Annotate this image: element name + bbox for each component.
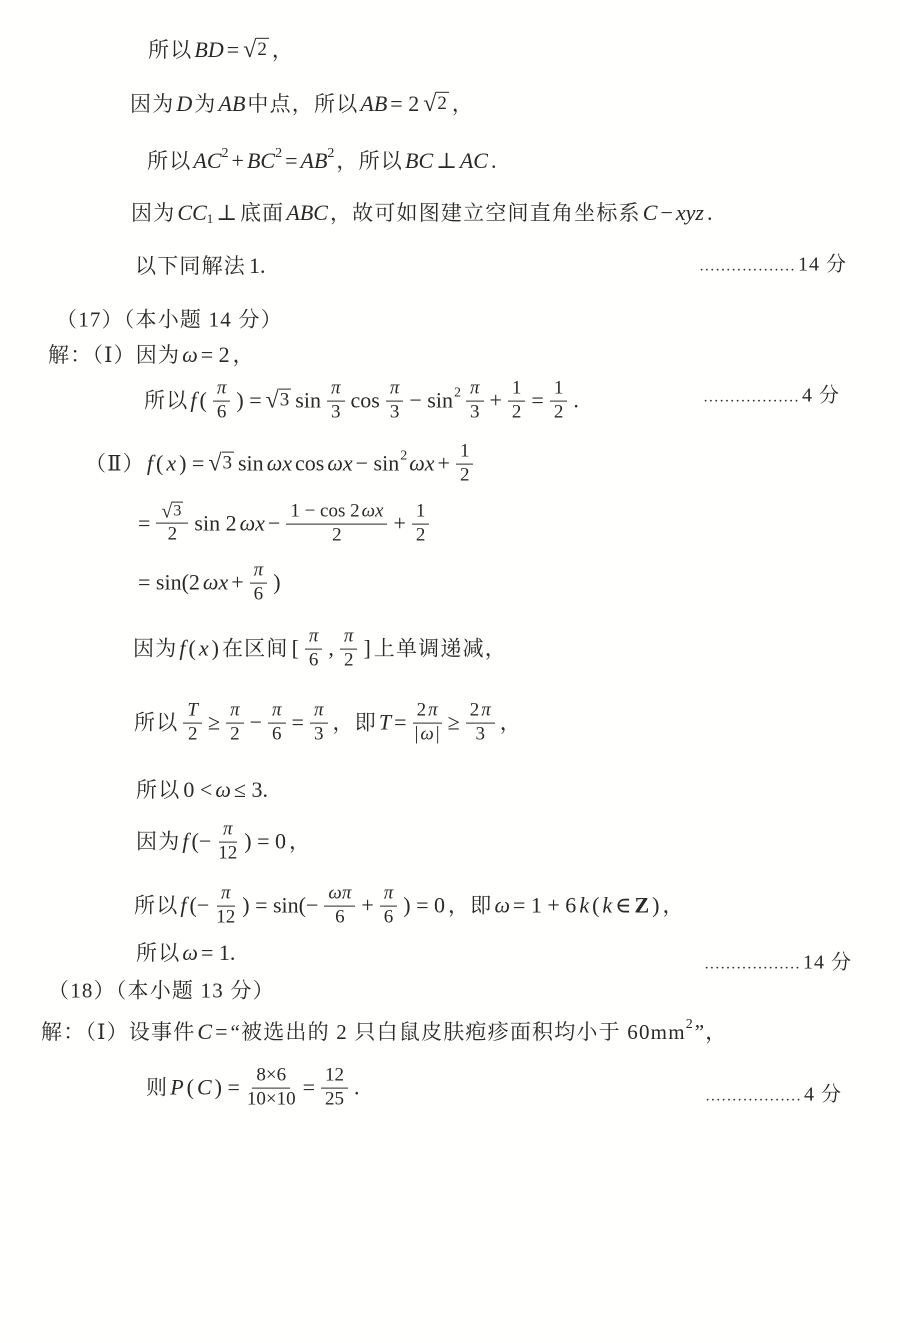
math-variable: x — [166, 451, 176, 477]
math-roman: | — [436, 725, 440, 746]
math-variable: ωπ — [328, 884, 351, 905]
fraction: 12 — [456, 442, 474, 487]
cjk-text: 中点，所以 — [247, 91, 358, 116]
math-roman: 2 — [332, 526, 342, 547]
math-variable: π — [331, 379, 341, 400]
cjk-text: （17）（本小题 14 分） — [56, 307, 283, 332]
fraction-denominator: 2 — [167, 524, 179, 546]
math-roman: 1 — [512, 379, 522, 400]
score-14-geometry: ..................14 分 — [700, 248, 847, 277]
cjk-text: 上单调递减， — [374, 636, 507, 661]
math-roman: ] — [363, 636, 370, 662]
math-variable: ωx — [240, 511, 265, 537]
math-variable: f — [147, 451, 153, 477]
radicand: 3 — [279, 389, 292, 412]
math-variable: π — [221, 884, 231, 905]
math-variable: AB — [301, 148, 328, 174]
line-17-part1-f-pi6: 所以f(π6) =√3sinπ3cosπ3− sin2π3+12=12. — [143, 379, 581, 424]
math-roman: 3 — [470, 403, 480, 424]
dotted-leader: .................. — [704, 390, 800, 407]
math-roman: = — [303, 1075, 315, 1101]
math-roman: . — [707, 200, 713, 226]
fraction-numerator: π — [219, 820, 237, 843]
math-roman: 6 — [384, 908, 394, 929]
math-roman: ) = — [215, 1075, 240, 1101]
math-roman: 2 — [460, 466, 470, 487]
fraction: π3 — [310, 701, 328, 746]
score-label: 14 分 — [798, 248, 847, 277]
math-roman: = — [292, 710, 304, 736]
math-roman: 12 — [216, 908, 235, 929]
cjk-text: ， — [662, 893, 684, 918]
math-roman: 2 — [470, 701, 480, 722]
fraction: π2 — [340, 627, 358, 672]
cjk-text: 为 — [194, 91, 216, 116]
math-variable: C — [197, 1075, 212, 1101]
cjk-text: ，故可如图建立空间直角坐标系 — [330, 200, 641, 225]
math-variable: BD — [194, 37, 223, 63]
fraction-denominator: |ω| — [414, 724, 441, 746]
cjk-text: 解：（Ⅰ）设事件 — [41, 1019, 195, 1044]
fraction-numerator: ωπ — [324, 884, 355, 907]
math-roman: − — [268, 511, 280, 537]
math-roman: 2 — [344, 651, 354, 672]
line-ab-midpoint: 因为D为AB中点，所以AB= 2√2， — [129, 91, 475, 117]
line-pythagoras: 所以AC2+BC2=AB2，所以BC⊥AC. — [146, 148, 498, 174]
math-variable: D — [176, 91, 192, 117]
fraction-numerator: 12 — [321, 1066, 348, 1089]
cjk-text: 在区间 — [222, 636, 289, 661]
sqrt-radical: √2 — [423, 92, 449, 116]
math-roman: = sin(2 — [138, 570, 200, 596]
math-roman: ( — [156, 451, 163, 477]
cjk-text: ， — [233, 342, 255, 367]
sqrt-radical: √3 — [161, 502, 183, 522]
math-roman: ) — [652, 893, 659, 919]
math-variable: f — [179, 636, 185, 662]
score-label: 4 分 — [804, 1078, 842, 1107]
math-bold-z: Z — [634, 893, 649, 919]
superscript: 2 — [327, 146, 334, 163]
math-roman: 2 — [230, 725, 240, 746]
math-variable: BC — [405, 148, 433, 174]
math-roman: = — [285, 148, 297, 174]
math-variable: π — [470, 379, 480, 400]
math-roman: + — [232, 148, 244, 174]
cjk-text: ， — [289, 829, 311, 854]
superscript: 2 — [454, 386, 461, 403]
fraction: 8×610×10 — [246, 1066, 297, 1111]
fraction-denominator: 3 — [389, 402, 401, 424]
fraction-denominator: 2 — [187, 724, 199, 746]
fraction-numerator: π — [466, 379, 484, 402]
fraction-numerator: 1 — [456, 442, 474, 465]
scanned-math-solution-page: 所以BD=√2，因为D为AB中点，所以AB= 2√2，所以AC2+BC2=AB2… — [0, 0, 900, 1343]
fraction: 2π3 — [466, 701, 495, 746]
fraction: ωπ6 — [324, 884, 355, 929]
fraction: π3 — [327, 379, 345, 424]
fraction: π3 — [466, 379, 484, 424]
math-roman: 3 — [390, 403, 400, 424]
math-variable: ω — [494, 893, 510, 919]
line-18-probability: 则P(C) =8×610×10=1225. — [145, 1066, 362, 1111]
math-roman: 2 — [416, 526, 426, 547]
fraction-denominator: 2 — [343, 650, 355, 672]
math-variable: CC — [177, 200, 206, 226]
math-roman: ≤ 3. — [234, 777, 268, 803]
fraction-denominator: 25 — [324, 1089, 345, 1111]
math-variable: ωx — [327, 451, 352, 477]
fraction-denominator: 6 — [216, 402, 228, 424]
math-roman: 1 — [416, 502, 426, 523]
fraction-denominator: 2 — [553, 402, 565, 424]
dotted-leader: .................. — [700, 259, 796, 276]
fraction-numerator: 1 — [412, 502, 430, 525]
math-roman: 8×6 — [256, 1066, 286, 1087]
math-variable: π — [314, 701, 324, 722]
fraction-denominator: 6 — [308, 650, 320, 672]
math-variable: k — [579, 893, 589, 919]
sqrt-radical: √2 — [243, 38, 269, 62]
fraction: 1 − cos 2ωx2 — [286, 502, 387, 547]
fraction: 2π|ω| — [413, 701, 442, 746]
math-roman: 2 — [512, 403, 522, 424]
fraction-denominator: 2 — [229, 724, 241, 746]
math-roman: − — [250, 710, 262, 736]
math-variable: T — [379, 710, 391, 736]
fraction: π6 — [380, 884, 398, 929]
cjk-text: 底面 — [240, 200, 284, 225]
score-label: 4 分 — [802, 379, 840, 408]
math-roman: (− — [192, 829, 212, 855]
line-17-part2-simplified: = sin(2ωx+π6) — [136, 561, 283, 606]
math-roman: . — [491, 148, 497, 174]
line-17-period-inequality: 所以T2≥π2−π6=π3，即T=2π|ω|≥2π3， — [133, 701, 523, 746]
cjk-text: 所以 — [134, 893, 178, 918]
math-variable: T — [187, 701, 198, 722]
math-roman: ( — [187, 1075, 194, 1101]
fraction-numerator: π — [327, 379, 345, 402]
fraction-numerator: 1 − cos 2ωx — [286, 502, 387, 525]
math-roman: ( — [592, 893, 599, 919]
fraction-numerator: π — [213, 379, 231, 402]
cjk-text: 因为 — [130, 91, 174, 116]
fraction-numerator: π — [268, 701, 286, 724]
math-roman: = — [215, 1019, 227, 1045]
fraction-numerator: π — [217, 884, 235, 907]
radical-sign-icon: √ — [208, 452, 221, 476]
math-roman: 6 — [217, 403, 227, 424]
math-roman: 3 — [331, 403, 341, 424]
math-roman: [ — [292, 636, 299, 662]
fraction: π12 — [215, 884, 236, 929]
cjk-text: ， — [452, 91, 474, 116]
math-roman: 6 — [254, 585, 264, 606]
fraction-denominator: 3 — [469, 402, 481, 424]
cjk-text: “被选出的 2 只白鼠皮肤疱疹面积均小于 60mm — [231, 1019, 686, 1044]
radical-sign-icon: √ — [266, 389, 279, 413]
math-roman: − sin — [409, 388, 453, 414]
fraction-numerator: 2π — [413, 701, 442, 724]
superscript: 2 — [222, 146, 229, 163]
fraction-numerator: π — [340, 627, 358, 650]
line-same-as-solution1: 以下同解法1. — [134, 253, 268, 279]
cjk-text: 所以 — [136, 940, 180, 965]
math-roman: . — [354, 1075, 360, 1101]
line-17-omega-range: 所以0 <ω≤ 3. — [135, 777, 270, 803]
cjk-text: ，所以 — [336, 148, 403, 173]
math-roman: ) — [212, 636, 219, 662]
math-variable: AC — [460, 148, 488, 174]
math-roman: ≥ — [208, 710, 220, 736]
math-roman: 25 — [325, 1090, 344, 1111]
score-14-problem17: ..................14 分 — [705, 946, 852, 975]
fraction-numerator: π — [386, 379, 404, 402]
cjk-text: 因为 — [133, 636, 177, 661]
math-variable: π — [428, 701, 438, 722]
cjk-text: 所以 — [144, 388, 188, 413]
math-roman: 12 — [218, 844, 237, 865]
cjk-text: 以下同解法 — [135, 253, 246, 278]
math-roman: = — [394, 710, 406, 736]
cjk-text: （Ⅱ） — [85, 451, 145, 476]
math-variable: k — [602, 893, 612, 919]
math-roman: 1 — [460, 442, 470, 463]
fraction-denominator: 12 — [217, 843, 238, 865]
math-variable: π — [230, 701, 240, 722]
cjk-text: 因为 — [131, 200, 175, 225]
score-4-problem17-part1: ..................4 分 — [704, 379, 840, 408]
math-variable: π — [272, 701, 282, 722]
math-roman: = — [531, 388, 543, 414]
math-variable: π — [309, 627, 319, 648]
math-roman: − — [660, 200, 672, 226]
fraction: π6 — [250, 561, 268, 606]
fraction: T2 — [183, 701, 202, 746]
math-roman: ) = 0 — [403, 893, 445, 919]
fraction-denominator: 2 — [415, 525, 427, 547]
fraction: 12 — [508, 379, 526, 424]
math-roman: ⊥ — [436, 148, 457, 174]
math-roman: 0 < — [183, 777, 212, 803]
math-roman: + — [393, 511, 405, 537]
fraction-denominator: 3 — [474, 724, 486, 746]
math-variable: ωx — [267, 451, 292, 477]
radical-sign-icon: √ — [423, 92, 436, 116]
fraction-numerator: π — [250, 561, 268, 584]
fraction-numerator: π — [380, 884, 398, 907]
fraction: π6 — [305, 627, 323, 672]
fraction-numerator: π — [305, 627, 323, 650]
math-variable: BC — [247, 148, 275, 174]
math-variable: π — [384, 884, 394, 905]
math-variable: AB — [360, 91, 387, 117]
math-roman: ( — [200, 388, 207, 414]
math-roman: − sin — [356, 451, 400, 477]
radicand: 2 — [256, 38, 269, 61]
fraction-numerator: 1 — [508, 379, 526, 402]
cjk-text: ， — [500, 710, 522, 735]
math-roman: cos — [351, 388, 380, 414]
radicand: 3 — [172, 502, 183, 521]
problem-17-header: （17）（本小题 14 分） — [55, 307, 284, 332]
fraction-numerator: 8×6 — [252, 1066, 290, 1089]
math-roman: sin 2 — [194, 511, 236, 537]
math-variable: ω — [420, 725, 433, 746]
fraction-denominator: 6 — [334, 907, 346, 929]
cjk-text: ， — [272, 37, 294, 62]
line-17-part2-fx: （Ⅱ）f(x) =√3sinωxcosωx− sin2ωx+12 — [84, 442, 477, 487]
math-roman: + — [361, 893, 373, 919]
fraction: π3 — [386, 379, 404, 424]
math-roman: ⊥ — [216, 200, 237, 226]
math-variable: ω — [182, 342, 198, 368]
math-variable: π — [481, 701, 491, 722]
math-variable: π — [217, 379, 227, 400]
math-roman: , — [328, 636, 334, 662]
radical-sign-icon: √ — [161, 502, 172, 522]
math-roman: = 2 — [201, 342, 230, 368]
math-roman: 6 — [272, 725, 282, 746]
line-17-part1-omega: 解：（Ⅰ）因为ω= 2， — [47, 342, 256, 368]
math-roman: ) = — [236, 388, 261, 414]
fraction-denominator: 2 — [331, 525, 343, 547]
math-roman: ∈ — [615, 893, 631, 919]
math-roman: + — [231, 570, 243, 596]
fraction-denominator: 3 — [313, 724, 325, 746]
cjk-text: 因为 — [136, 829, 180, 854]
dotted-leader: .................. — [705, 957, 801, 974]
fraction-numerator: π — [310, 701, 328, 724]
cjk-text: 所以 — [148, 37, 192, 62]
fraction-numerator: π — [226, 701, 244, 724]
superscript: 2 — [275, 146, 282, 163]
line-17-part2-expand: =√32sin 2ωx−1 − cos 2ωx2+12 — [136, 502, 433, 547]
math-roman: ) = — [179, 451, 204, 477]
cjk-text: ，即 — [448, 893, 492, 918]
math-variable: x — [199, 636, 209, 662]
fraction-denominator: 6 — [271, 724, 283, 746]
math-roman: (− — [190, 893, 210, 919]
math-roman: sin — [295, 388, 321, 414]
line-bd-value: 所以BD=√2， — [147, 37, 295, 63]
math-roman: + — [438, 451, 450, 477]
math-variable: AB — [219, 91, 246, 117]
fraction-numerator: 1 — [550, 379, 568, 402]
math-roman: 6 — [309, 651, 319, 672]
math-roman: 3 — [314, 725, 324, 746]
math-roman: = — [138, 511, 150, 537]
fraction-numerator: T — [183, 701, 202, 724]
math-roman: ( — [189, 636, 196, 662]
math-variable: π — [390, 379, 400, 400]
math-roman: ) — [273, 570, 280, 596]
cjk-text: 所以 — [136, 777, 180, 802]
line-17-omega-solutions: 所以f(−π12) = sin(−ωπ6+π6) = 0，即ω= 1 + 6k(… — [133, 884, 686, 929]
math-roman: 3 — [475, 725, 485, 746]
math-roman: = 1 + 6 — [513, 893, 576, 919]
sqrt-radical: √3 — [266, 389, 292, 413]
math-variable: f — [180, 893, 186, 919]
fraction: π12 — [217, 820, 238, 865]
math-roman: 2 — [554, 403, 564, 424]
math-variable: ωx — [362, 502, 384, 523]
fraction-denominator: 2 — [459, 465, 471, 487]
math-variable: f — [182, 829, 188, 855]
fraction: π6 — [268, 701, 286, 746]
math-variable: AC — [193, 148, 221, 174]
fraction: 1225 — [321, 1066, 348, 1111]
fraction: √32 — [156, 502, 188, 546]
cjk-text: 所以 — [134, 710, 178, 735]
fraction: π6 — [213, 379, 231, 424]
math-variable: xyz — [676, 200, 704, 226]
math-roman: + — [490, 388, 502, 414]
radicand: 3 — [222, 452, 235, 475]
problem-18-header: （18）（本小题 13 分） — [47, 978, 276, 1003]
line-17-omega-value: 所以ω= 1. — [135, 940, 237, 966]
math-roman: | — [415, 725, 419, 746]
math-roman: cos — [295, 451, 324, 477]
fraction-numerator: 2π — [466, 701, 495, 724]
math-variable: C — [643, 200, 658, 226]
score-4-problem18-part1: ..................4 分 — [706, 1078, 842, 1107]
superscript: 2 — [400, 449, 407, 466]
dotted-leader: .................. — [706, 1089, 802, 1106]
fraction: 12 — [550, 379, 568, 424]
fraction-denominator: 10×10 — [246, 1089, 297, 1111]
math-roman: ) = sin(− — [242, 893, 318, 919]
cjk-text: 解：（Ⅰ）因为 — [48, 342, 180, 367]
subscript: 1 — [207, 211, 214, 227]
fraction: 12 — [412, 502, 430, 547]
math-variable: C — [197, 1019, 212, 1045]
cjk-text: （18）（本小题 13 分） — [48, 978, 275, 1003]
math-roman: sin — [238, 451, 264, 477]
math-variable: ωx — [409, 451, 434, 477]
math-roman: 1 — [554, 379, 564, 400]
fraction-denominator: 2 — [511, 402, 523, 424]
cjk-text: 则 — [146, 1075, 168, 1100]
math-roman: = — [227, 37, 239, 63]
math-roman: ≥ — [448, 710, 460, 736]
cjk-text: 所以 — [147, 148, 191, 173]
math-variable: ABC — [286, 200, 328, 226]
cjk-text: ”， — [695, 1019, 728, 1044]
math-roman: 2 — [188, 725, 198, 746]
score-label: 14 分 — [803, 946, 852, 975]
sqrt-radical: √3 — [208, 452, 234, 476]
math-roman: = 2 — [390, 91, 419, 117]
math-roman: 6 — [335, 908, 345, 929]
math-variable: f — [190, 388, 196, 414]
math-roman: 2 — [417, 701, 427, 722]
superscript: 2 — [686, 1017, 693, 1034]
math-variable: P — [170, 1075, 183, 1101]
line-17-monotonic-interval: 因为f(x)在区间[π6,π2]上单调递减， — [132, 627, 508, 672]
line-18-event-c: 解：（Ⅰ）设事件C=“被选出的 2 只白鼠皮肤疱疹面积均小于 60mm2”， — [40, 1019, 729, 1045]
math-roman: = 1. — [201, 940, 235, 966]
math-variable: π — [344, 627, 354, 648]
radicand: 2 — [436, 92, 449, 115]
math-variable: ωx — [203, 570, 228, 596]
fraction-denominator: 3 — [330, 402, 342, 424]
line-coordinate-system: 因为CC1⊥底面ABC，故可如图建立空间直角坐标系C−xyz. — [130, 200, 714, 226]
math-roman: . — [573, 388, 579, 414]
math-roman: ) = 0 — [244, 829, 286, 855]
math-variable: ω — [215, 777, 231, 803]
math-roman: 2 — [168, 525, 178, 546]
